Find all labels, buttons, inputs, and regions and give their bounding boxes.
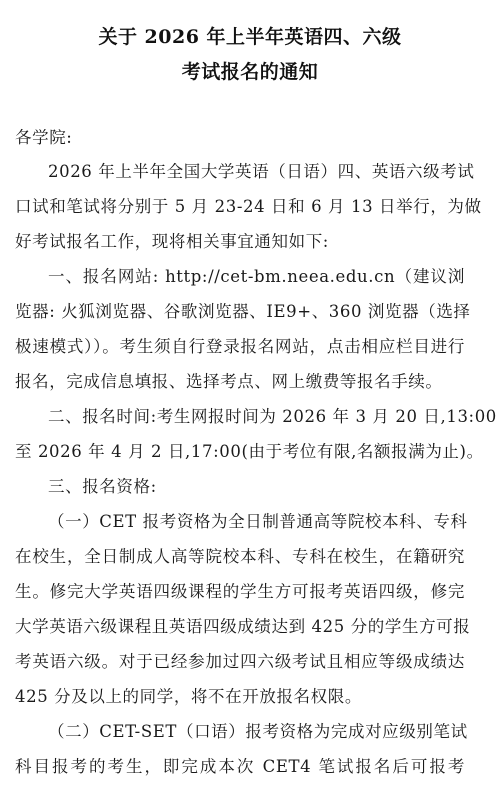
salutation: 各学院: [15,127,465,149]
body-line: 科目报考的考生，即完成本次 CET4 笔试报名后可报考 [15,756,465,778]
body-line: 2026 年上半年全国大学英语（日语）四、英语六级考试 [48,161,465,183]
body-line: 考英语六级。对于已经参加过四六级考试且相应等级成绩达 [15,651,465,673]
body-line: （一）CET 报考资格为全日制普通高等院校本科、专科 [48,511,465,533]
section-3-eligibility: 三、报名资格: [48,476,465,498]
body-line: 至 2026 年 4 月 2 日,17:00(由于考位有限,名额报满为止)。 [15,441,465,463]
body-line: 极速模式））。考生须自行登录报名网站，点击相应栏目进行 [15,336,465,358]
body-line: 生。修完大学英语四级课程的学生方可报考英语四级，修完 [15,581,465,603]
document-title-line1: 关于 2026 年上半年英语四、六级 [0,22,500,49]
body-line: 425 分及以上的同学，将不在开放报名权限。 [15,686,465,708]
section-1-website: 一、报名网站: http://cet-bm.neea.edu.cn（建议浏 [48,266,465,288]
body-line: 大学英语六级课程且英语四级成绩达到 425 分的学生方可报 [15,616,465,638]
section-2-time: 二、报名时间:考生网报时间为 2026 年 3 月 20 日,13:00 [48,406,465,428]
body-line: 览器: 火狐浏览器、谷歌浏览器、IE9+、360 浏览器（选择 [15,301,465,323]
body-line: （二）CET-SET（口语）报考资格为完成对应级别笔试 [48,721,465,743]
body-line: 在校生，全日制成人高等院校本科、专科在校生，在籍研究 [15,546,465,568]
document-title-line2: 考试报名的通知 [0,57,500,84]
body-line: 口试和笔试将分别于 5 月 23-24 日和 6 月 13 日举行，为做 [15,196,465,218]
body-line: 报名，完成信息填报、选择考点、网上缴费等报名手续。 [15,371,465,393]
body-line: 好考试报名工作，现将相关事宜通知如下: [15,231,465,253]
